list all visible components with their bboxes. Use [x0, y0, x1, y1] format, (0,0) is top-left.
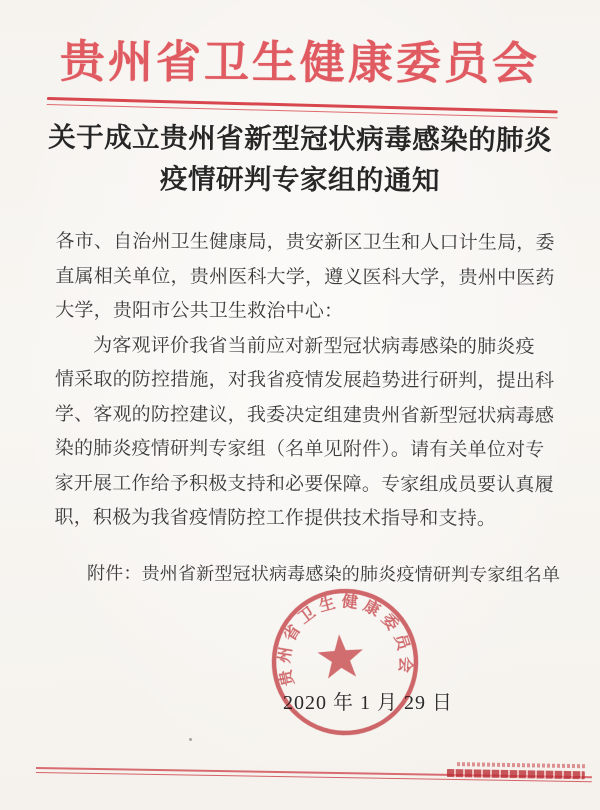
document-body: 各市、自治州卫生健康局，贵安新区卫生和人口计生局，委 直属相关单位，贵州医科大学… — [54, 225, 555, 537]
document-title: 关于成立贵州省新型冠状病毒感染的肺炎 疫情研判专家组的通知 — [0, 116, 600, 202]
body-line: 为客观评价我省当前应对新型冠状病毒感染的肺炎疫 — [55, 329, 555, 365]
body-line: 学、客观的防控建议，我委决定组建贵州省新型冠状病毒感 — [55, 398, 555, 434]
body-line: 家开展工作给予积极支持和必要保障。专家组成员要认真履 — [55, 467, 555, 503]
source-watermark — [447, 762, 589, 779]
document-title-line-1: 关于成立贵州省新型冠状病毒感染的肺炎 — [0, 116, 600, 161]
salutation-line: 直属相关单位，贵州医科大学，遵义医科大学，贵州中医药 — [55, 260, 555, 296]
scanned-document-page: 贵州省卫生健康委员会 关于成立贵州省新型冠状病毒感染的肺炎 疫情研判专家组的通知… — [0, 0, 600, 810]
red-header-divider — [47, 97, 558, 118]
org-header-title: 贵州省卫生健康委员会 — [0, 25, 600, 93]
watermark-small-text-band — [457, 762, 585, 768]
document-date: 2020 年 1 月 29 日 — [283, 686, 453, 715]
scan-speck — [189, 738, 192, 741]
official-seal: 贵州省卫生健康委员会 — [260, 577, 431, 748]
body-line: 染的肺炎疫情研判专家组（名单见附件）。请有关单位对专 — [55, 432, 555, 468]
seal-star-icon — [316, 633, 365, 679]
salutation-line: 大学，贵阳市公共卫生救治中心： — [55, 294, 555, 330]
salutation-line: 各市、自治州卫生健康局，贵安新区卫生和人口计生局，委 — [55, 225, 555, 261]
body-line: 职，积极为我省疫情防控工作提供技术指导和支持。 — [54, 501, 554, 537]
body-line: 情采取的防控措施，对我省疫情发展趋势进行研判，提出科 — [55, 363, 555, 399]
seal-arc-text: 贵州省卫生健康委员会 — [270, 586, 417, 688]
document-title-line-2: 疫情研判专家组的通知 — [0, 157, 600, 202]
